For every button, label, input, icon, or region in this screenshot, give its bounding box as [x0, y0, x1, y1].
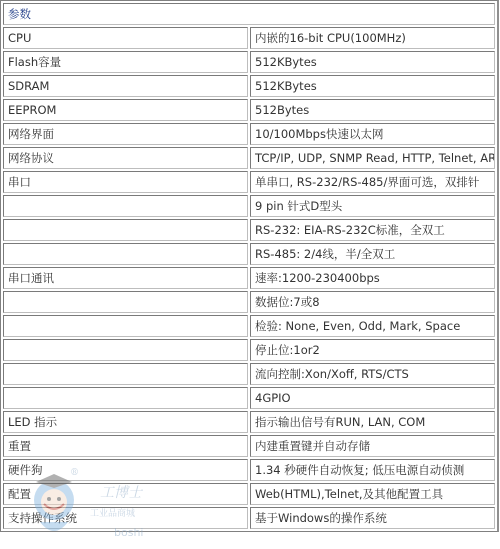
row-value: 512KBytes [250, 51, 495, 73]
row-key [3, 315, 248, 337]
row-value: RS-232: EIA-RS-232C标准，全双工 [250, 219, 495, 241]
row-value: 512Bytes [250, 99, 495, 121]
table-row: 4GPIO [3, 387, 495, 409]
row-value: 数据位:7或8 [250, 291, 495, 313]
table-header: 参数 [3, 3, 495, 25]
table-row: CPU内嵌的16-bit CPU(100MHz) [3, 27, 495, 49]
row-key: 支持操作系统 [3, 507, 248, 529]
row-key: EEPROM [3, 99, 248, 121]
row-key [3, 219, 248, 241]
row-value: 10/100Mbps快速以太网 [250, 123, 495, 145]
table-row: 网络界面10/100Mbps快速以太网 [3, 123, 495, 145]
row-value: 1.34 秒硬件自动恢复; 低压电源自动侦测 [250, 459, 495, 481]
table-row: 检验: None, Even, Odd, Mark, Space [3, 315, 495, 337]
row-value: 512KBytes [250, 75, 495, 97]
table-row: 流向控制:Xon/Xoff, RTS/CTS [3, 363, 495, 385]
table-row: RS-232: EIA-RS-232C标准，全双工 [3, 219, 495, 241]
row-value: TCP/IP, UDP, SNMP Read, HTTP, Telnet, AR… [250, 147, 495, 169]
row-value: 内建重置键并自动存储 [250, 435, 495, 457]
row-key: 网络界面 [3, 123, 248, 145]
row-key [3, 339, 248, 361]
row-value: 内嵌的16-bit CPU(100MHz) [250, 27, 495, 49]
table-header-row: 参数 [3, 3, 495, 25]
table-row: 重置内建重置键并自动存储 [3, 435, 495, 457]
row-key: 重置 [3, 435, 248, 457]
table-row: 数据位:7或8 [3, 291, 495, 313]
spec-table: 参数 CPU内嵌的16-bit CPU(100MHz) Flash容量512KB… [0, 0, 499, 532]
row-key [3, 291, 248, 313]
table-row: 串口通讯速率:1200-230400bps [3, 267, 495, 289]
row-value: 4GPIO [250, 387, 495, 409]
row-value: 检验: None, Even, Odd, Mark, Space [250, 315, 495, 337]
row-key: CPU [3, 27, 248, 49]
row-key [3, 243, 248, 265]
row-key [3, 363, 248, 385]
row-value: RS-485: 2/4线，半/全双工 [250, 243, 495, 265]
row-key: 硬件狗 [3, 459, 248, 481]
table-row: 停止位:1or2 [3, 339, 495, 361]
table-row: RS-485: 2/4线，半/全双工 [3, 243, 495, 265]
table-row: 9 pin 针式D型头 [3, 195, 495, 217]
row-value: 单串口, RS-232/RS-485/界面可选，双排针 [250, 171, 495, 193]
row-key [3, 195, 248, 217]
table-row: 配置Web(HTML),Telnet,及其他配置工具 [3, 483, 495, 505]
row-value: Web(HTML),Telnet,及其他配置工具 [250, 483, 495, 505]
table-row: 串口单串口, RS-232/RS-485/界面可选，双排针 [3, 171, 495, 193]
row-key: 网络协议 [3, 147, 248, 169]
table-row: EEPROM512Bytes [3, 99, 495, 121]
row-key: 串口通讯 [3, 267, 248, 289]
row-value: 流向控制:Xon/Xoff, RTS/CTS [250, 363, 495, 385]
table-row: LED 指示指示输出信号有RUN, LAN, COM [3, 411, 495, 433]
row-key: 配置 [3, 483, 248, 505]
table-row: SDRAM512KBytes [3, 75, 495, 97]
row-key: LED 指示 [3, 411, 248, 433]
row-value: 指示输出信号有RUN, LAN, COM [250, 411, 495, 433]
table-row: 硬件狗1.34 秒硬件自动恢复; 低压电源自动侦测 [3, 459, 495, 481]
table-row: 支持操作系统基于Windows的操作系统 [3, 507, 495, 529]
row-key: 串口 [3, 171, 248, 193]
row-key [3, 387, 248, 409]
table-row: Flash容量512KBytes [3, 51, 495, 73]
row-key: SDRAM [3, 75, 248, 97]
table-row: 网络协议TCP/IP, UDP, SNMP Read, HTTP, Telnet… [3, 147, 495, 169]
row-value: 基于Windows的操作系统 [250, 507, 495, 529]
row-value: 停止位:1or2 [250, 339, 495, 361]
row-key: Flash容量 [3, 51, 248, 73]
row-value: 速率:1200-230400bps [250, 267, 495, 289]
row-value: 9 pin 针式D型头 [250, 195, 495, 217]
